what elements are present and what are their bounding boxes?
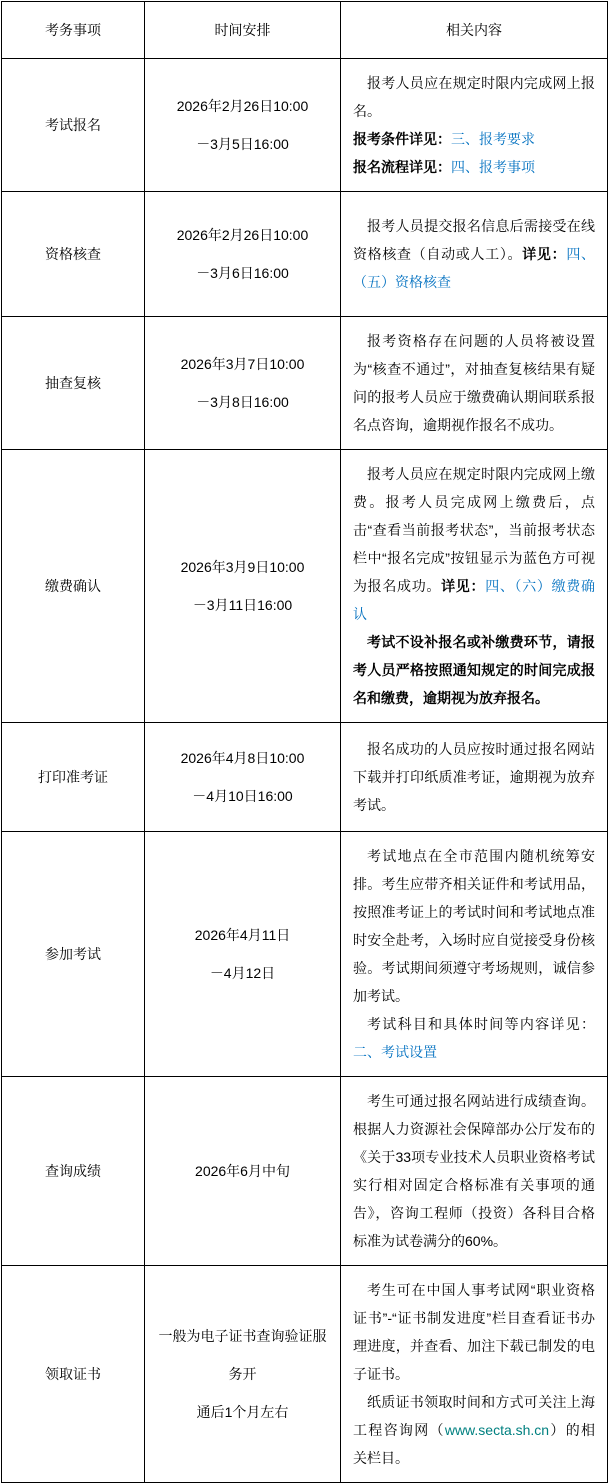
time-line: 2026年2月26日10:00 bbox=[155, 87, 330, 125]
exam-item-cell: 抽查复核 bbox=[2, 317, 145, 450]
text-segment: 报考人员应在规定时限内完成网上报名。 bbox=[353, 75, 595, 119]
content-paragraph: 考试科目和具体时间等内容详见：二、考试设置 bbox=[353, 1010, 595, 1066]
time-line: 2026年4月8日10:00 bbox=[155, 739, 330, 777]
content-paragraph: 报考人员应在规定时限内完成网上缴费。报考人员完成网上缴费后，点击“查看当前报考状… bbox=[353, 460, 595, 628]
content-paragraph: 报考条件详见：三、报考要求 bbox=[353, 125, 595, 153]
time-line: －3月5日16:00 bbox=[155, 125, 330, 163]
time-line: 2026年2月26日10:00 bbox=[155, 216, 330, 254]
website-url: www.secta.sh.cn bbox=[445, 1422, 549, 1438]
exam-item-cell: 打印准考证 bbox=[2, 723, 145, 832]
table-row: 考试报名2026年2月26日10:00－3月5日16:00报考人员应在规定时限内… bbox=[2, 59, 608, 192]
header-related-content-label: 相关内容 bbox=[446, 22, 502, 38]
exam-notice-page: 考务事项 时间安排 相关内容 考试报名2026年2月26日10:00－3月5日1… bbox=[0, 1, 608, 1483]
content-paragraph: 报考人员提交报名信息后需接受在线资格核查（自动或人工）。详见：四、（五）资格核查 bbox=[353, 212, 595, 296]
header-exam-item-label: 考务事项 bbox=[45, 22, 101, 38]
text-segment: 报名成功的人员应按时通过报名网站下载并打印纸质准考证，逾期视为放弃考试。 bbox=[353, 741, 595, 813]
header-time-schedule-label: 时间安排 bbox=[215, 22, 271, 38]
content-cell: 报考人员提交报名信息后需接受在线资格核查（自动或人工）。详见：四、（五）资格核查 bbox=[341, 192, 608, 317]
time-cell: 2026年6月中旬 bbox=[145, 1077, 341, 1266]
table-row: 抽查复核2026年3月7日10:00－3月8日16:00报考资格存在问题的人员将… bbox=[2, 317, 608, 450]
time-line: 2026年4月11日 bbox=[155, 916, 330, 954]
content-cell: 报考人员应在规定时限内完成网上报名。报考条件详见：三、报考要求报名流程详见：四、… bbox=[341, 59, 608, 192]
time-line: 一般为电子证书查询验证服务开 bbox=[155, 1317, 330, 1393]
header-exam-item: 考务事项 bbox=[2, 2, 145, 59]
time-cell: 2026年2月26日10:00－3月5日16:00 bbox=[145, 59, 341, 192]
exam-item-cell: 参加考试 bbox=[2, 832, 145, 1077]
content-cell: 考试地点在全市范围内随机统筹安排。考生应带齐相关证件和考试用品，按照准考证上的考… bbox=[341, 832, 608, 1077]
time-cell: 2026年2月26日10:00－3月6日16:00 bbox=[145, 192, 341, 317]
time-line: 2026年3月9日10:00 bbox=[155, 548, 330, 586]
content-cell: 考生可在中国人事考试网“职业资格证书”-“证书制发进度”栏目查看证书办理进度，并… bbox=[341, 1266, 608, 1483]
time-cell: 一般为电子证书查询验证服务开通后1个月左右 bbox=[145, 1266, 341, 1483]
time-cell: 2026年4月11日－4月12日 bbox=[145, 832, 341, 1077]
time-line: －3月8日16:00 bbox=[155, 383, 330, 421]
time-cell: 2026年4月8日10:00－4月10日16:00 bbox=[145, 723, 341, 832]
time-line: －4月12日 bbox=[155, 954, 330, 992]
exam-item-cell: 查询成绩 bbox=[2, 1077, 145, 1266]
table-header: 考务事项 时间安排 相关内容 bbox=[2, 2, 608, 59]
content-paragraph: 报考人员应在规定时限内完成网上报名。 bbox=[353, 69, 595, 125]
text-segment: 详见： bbox=[441, 578, 485, 594]
text-segment: 报考资格存在问题的人员将被设置为“核查不通过”，对抽查复核结果有疑问的报考人员应… bbox=[353, 333, 595, 433]
time-cell: 2026年3月9日10:00－3月11日16:00 bbox=[145, 450, 341, 723]
content-cell: 考生可通过报名网站进行成绩查询。根据人力资源社会保障部办公厅发布的《关于33项专… bbox=[341, 1077, 608, 1266]
text-segment: 考生可在中国人事考试网“职业资格证书”-“证书制发进度”栏目查看证书办理进度，并… bbox=[353, 1282, 595, 1382]
table-row: 查询成绩2026年6月中旬考生可通过报名网站进行成绩查询。根据人力资源社会保障部… bbox=[2, 1077, 608, 1266]
content-paragraph: 报名成功的人员应按时通过报名网站下载并打印纸质准考证，逾期视为放弃考试。 bbox=[353, 735, 595, 819]
time-line: 2026年6月中旬 bbox=[155, 1152, 330, 1190]
text-segment: 考试地点在全市范围内随机统筹安排。考生应带齐相关证件和考试用品，按照准考证上的考… bbox=[353, 848, 595, 1004]
table-row: 参加考试2026年4月11日－4月12日考试地点在全市范围内随机统筹安排。考生应… bbox=[2, 832, 608, 1077]
header-time-schedule: 时间安排 bbox=[145, 2, 341, 59]
exam-item-cell: 缴费确认 bbox=[2, 450, 145, 723]
text-segment: 报考条件详见： bbox=[353, 131, 451, 147]
content-paragraph: 报名流程详见：四、报考事项 bbox=[353, 153, 595, 181]
content-paragraph: 纸质证书领取时间和方式可关注上海工程咨询网（www.secta.sh.cn）的相… bbox=[353, 1388, 595, 1472]
text-segment: 报考人员应在规定时限内完成网上缴费。报考人员完成网上缴费后，点击“查看当前报考状… bbox=[353, 466, 595, 594]
exam-item-cell: 资格核查 bbox=[2, 192, 145, 317]
content-paragraph: 报考资格存在问题的人员将被设置为“核查不通过”，对抽查复核结果有疑问的报考人员应… bbox=[353, 327, 595, 439]
inline-link[interactable]: 三、报考要求 bbox=[451, 131, 535, 147]
table-row: 资格核查2026年2月26日10:00－3月6日16:00报考人员提交报名信息后… bbox=[2, 192, 608, 317]
content-paragraph: 考试地点在全市范围内随机统筹安排。考生应带齐相关证件和考试用品，按照准考证上的考… bbox=[353, 842, 595, 1010]
header-related-content: 相关内容 bbox=[341, 2, 608, 59]
time-line: －4月10日16:00 bbox=[155, 777, 330, 815]
inline-link[interactable]: 四、报考事项 bbox=[451, 159, 535, 175]
table-row: 缴费确认2026年3月9日10:00－3月11日16:00报考人员应在规定时限内… bbox=[2, 450, 608, 723]
content-cell: 报考人员应在规定时限内完成网上缴费。报考人员完成网上缴费后，点击“查看当前报考状… bbox=[341, 450, 608, 723]
time-line: 通后1个月左右 bbox=[155, 1393, 330, 1431]
content-cell: 报考资格存在问题的人员将被设置为“核查不通过”，对抽查复核结果有疑问的报考人员应… bbox=[341, 317, 608, 450]
header-row: 考务事项 时间安排 相关内容 bbox=[2, 2, 608, 59]
content-paragraph: 考生可通过报名网站进行成绩查询。根据人力资源社会保障部办公厅发布的《关于33项专… bbox=[353, 1087, 595, 1255]
time-cell: 2026年3月7日10:00－3月8日16:00 bbox=[145, 317, 341, 450]
exam-item-cell: 领取证书 bbox=[2, 1266, 145, 1483]
exam-schedule-table: 考务事项 时间安排 相关内容 考试报名2026年2月26日10:00－3月5日1… bbox=[1, 1, 608, 1483]
content-paragraph: 考试不设补报名或补缴费环节，请报考人员严格按照通知规定的时间完成报名和缴费，逾期… bbox=[353, 628, 595, 712]
exam-item-cell: 考试报名 bbox=[2, 59, 145, 192]
text-segment: 考试不设补报名或补缴费环节，请报考人员严格按照通知规定的时间完成报名和缴费，逾期… bbox=[353, 634, 595, 706]
time-line: 2026年3月7日10:00 bbox=[155, 345, 330, 383]
table-row: 打印准考证2026年4月8日10:00－4月10日16:00报名成功的人员应按时… bbox=[2, 723, 608, 832]
text-segment: 考生可通过报名网站进行成绩查询。根据人力资源社会保障部办公厅发布的《关于33项专… bbox=[353, 1093, 595, 1249]
time-line: －3月6日16:00 bbox=[155, 254, 330, 292]
time-line: －3月11日16:00 bbox=[155, 586, 330, 624]
inline-link[interactable]: 二、考试设置 bbox=[353, 1044, 437, 1060]
text-segment: 考试科目和具体时间等内容详见： bbox=[367, 1016, 595, 1032]
table-row: 领取证书一般为电子证书查询验证服务开通后1个月左右考生可在中国人事考试网“职业资… bbox=[2, 1266, 608, 1483]
content-paragraph: 考生可在中国人事考试网“职业资格证书”-“证书制发进度”栏目查看证书办理进度，并… bbox=[353, 1276, 595, 1388]
content-cell: 报名成功的人员应按时通过报名网站下载并打印纸质准考证，逾期视为放弃考试。 bbox=[341, 723, 608, 832]
text-segment: 报名流程详见： bbox=[353, 159, 451, 175]
text-segment: 详见： bbox=[522, 246, 566, 262]
